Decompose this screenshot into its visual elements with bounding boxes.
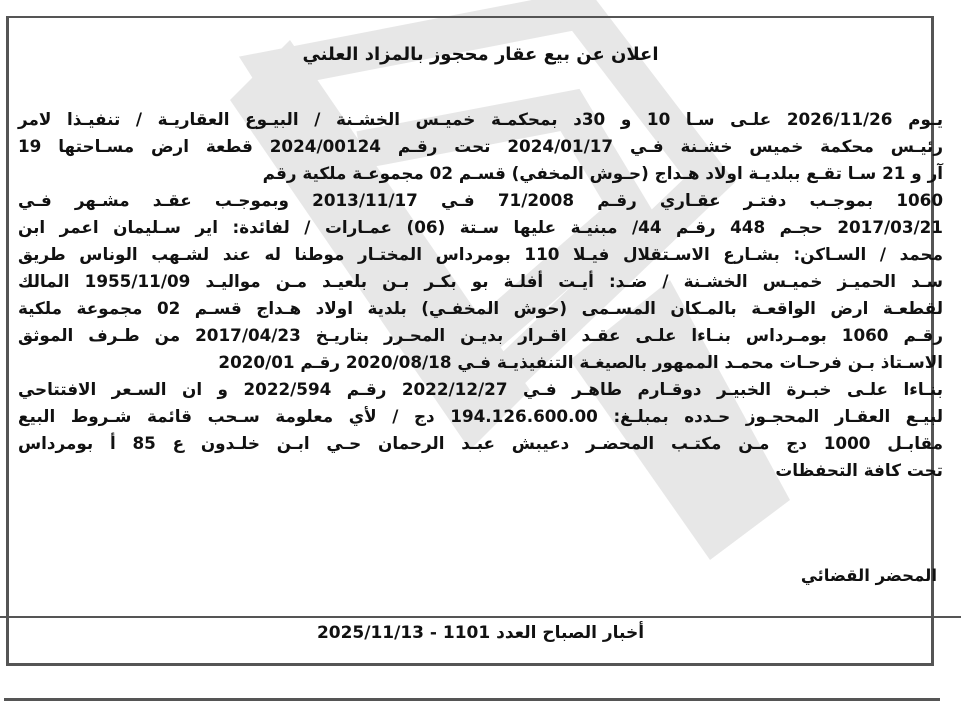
body-line: تحت كافة التحفظات [18,457,943,484]
body-line: رئيـس محكمة خميس خشـنة فـي 2024/01/17 تح… [18,133,943,160]
body-line: آر و 21 سـا تقـع ببلديـة اولاد هـداج (حـ… [18,160,943,187]
body-line: لبيـع العقـار المحجـوز حـدده بمبلـغ: 194… [18,403,943,430]
body-line: 1060 بموجـب دفتـر عقـاري رقـم 71/2008 فـ… [18,187,943,214]
notice-title: اعلان عن بيع عقار محجوز بالمزاد العلني [0,44,961,65]
body-line: 2017/03/21 حجـم 448 رقـم 44/ مبنيـة عليه… [18,214,943,241]
body-line: مقابـل 1000 دج مـن مكتـب المحضـر دعيبش ع… [18,430,943,457]
body-line: لقطعـة ارض الواقعـة بالمـكان المسـمى (حو… [18,295,943,322]
bottom-rule [4,698,940,701]
notice-body: يـوم 2026/11/26 علـى سـا 10 و 30د بمحكمـ… [18,106,943,484]
body-line: رقـم 1060 بومـرداس بنـاءا علـى عقـد اقـر… [18,322,943,349]
publication-footer: أخبار الصباح العدد 1101 - 2025/11/13 [0,623,961,643]
body-line: محمد / السـاكن: بشـارع الاسـتقلال فيـلا … [18,241,943,268]
body-line: يـوم 2026/11/26 علـى سـا 10 و 30د بمحكمـ… [18,106,943,133]
signature-bailiff: المحضر القضائي [801,566,937,585]
body-line: سـد الحميـز خميـس الخشـنة / ضـد: أيـت أف… [18,268,943,295]
footer-divider [0,616,961,618]
body-line: الاسـتاذ بـن فرحـات محمـد الممهور بالصيغ… [18,349,943,376]
body-line: بنـاءا علـى خبـرة الخبيـر دوقـارم طاهـر … [18,376,943,403]
